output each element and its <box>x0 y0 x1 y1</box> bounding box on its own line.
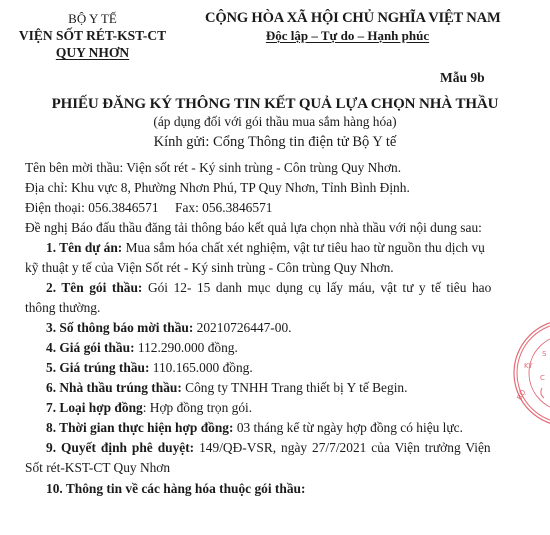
item-value: Mua sắm hóa chất xét nghiệm, vật tư tiêu… <box>122 240 485 255</box>
item-value: 110.165.000 đồng. <box>149 360 252 375</box>
issuing-agency-header: BỘ Y TẾ VIỆN SỐT RÉT-KST-CT QUY NHƠN <box>0 10 185 61</box>
item-winning-contractor: 6. Nhà thầu trúng thầu: Công ty TNHH Tra… <box>46 380 407 396</box>
item-label: 9. Quyết định phê duyệt: <box>46 440 194 455</box>
item-approval-decision: 9. Quyết định phê duyệt: 149/QĐ-VSR, ngà… <box>46 440 491 456</box>
request-line: Đề nghị Báo đấu thầu đăng tải thông báo … <box>25 220 482 236</box>
item-contract-duration: 8. Thời gian thực hiện hợp đồng: 03 thán… <box>46 420 463 436</box>
phone-line: Điện thoại: 056.3846571 <box>25 200 159 216</box>
inviter-line: Tên bên mời thầu: Viện sốt rét - Ký sinh… <box>25 160 401 176</box>
document-subtitle: (áp dụng đối với gói thầu mua sắm hàng h… <box>0 114 550 130</box>
item-label: 1. Tên dự án: <box>46 240 122 255</box>
item-value: 112.290.000 đồng. <box>135 340 238 355</box>
item-goods-info: 10. Thông tin về các hàng hóa thuộc gói … <box>46 481 305 497</box>
item-contract-type: 7. Loại hợp đồng: Hợp đồng trọn gói. <box>46 400 252 416</box>
item-value: Công ty TNHH Trang thiết bị Y tế Begin. <box>182 380 408 395</box>
item-label: 7. Loại hợp đồng <box>46 400 143 415</box>
form-code: Mẫu 9b <box>440 70 485 86</box>
item-label: 4. Giá gói thầu: <box>46 340 135 355</box>
national-header: CỘNG HÒA XÃ HỘI CHỦ NGHĨA VIỆT NAM Độc l… <box>205 9 490 45</box>
stamp-text: KÝ <box>524 361 533 370</box>
item-approval-decision-cont: Sốt rét-KST-CT Quy Nhơn <box>25 460 170 476</box>
item-notice-number: 3. Số thông báo mời thầu: 20210726447-00… <box>46 320 292 336</box>
item-project-name-cont: kỹ thuật y tế của Viện Sốt rét - Ký sinh… <box>25 260 394 276</box>
item-value: 03 tháng kể từ ngày hợp đồng có hiệu lực… <box>233 420 462 435</box>
national-motto: Độc lập – Tự do – Hạnh phúc <box>205 27 490 45</box>
country-name: CỘNG HÒA XÃ HỘI CHỦ NGHĨA VIỆT NAM <box>205 9 490 27</box>
item-value: : Hợp đồng trọn gói. <box>143 400 252 415</box>
ministry-name: BỘ Y TẾ <box>0 10 185 27</box>
stamp-text: C <box>540 374 545 382</box>
salutation: Kính gửi: Cổng Thông tin điện tử Bộ Y tế <box>0 134 550 151</box>
official-stamp: S KÝ C BỘ <box>512 318 550 428</box>
item-package-price: 4. Giá gói thầu: 112.290.000 đồng. <box>46 340 238 356</box>
item-label: 8. Thời gian thực hiện hợp đồng: <box>46 420 233 435</box>
item-value: 149/QĐ-VSR, ngày 27/7/2021 của Viện trưở… <box>194 440 490 455</box>
item-label: 2. Tên gói thầu: <box>46 280 142 295</box>
item-label: 5. Giá trúng thầu: <box>46 360 149 375</box>
item-package-name: 2. Tên gói thầu: Gói 12- 15 danh mục dụn… <box>46 280 491 296</box>
item-winning-price: 5. Giá trúng thầu: 110.165.000 đồng. <box>46 360 253 376</box>
fax-line: Fax: 056.3846571 <box>175 200 272 216</box>
document-title: PHIẾU ĐĂNG KÝ THÔNG TIN KẾT QUẢ LỰA CHỌN… <box>0 96 550 113</box>
item-value: Gói 12- 15 danh mục dụng cụ lấy máu, vật… <box>142 280 491 295</box>
item-package-name-cont: thông thường. <box>25 300 100 316</box>
stamp-text: S <box>542 350 547 358</box>
item-label: 10. Thông tin về các hàng hóa thuộc gói … <box>46 481 305 496</box>
institute-city: QUY NHƠN <box>0 44 185 61</box>
item-value: 20210726447-00. <box>193 320 291 335</box>
institute-name: VIỆN SỐT RÉT-KST-CT <box>0 27 185 44</box>
item-label: 3. Số thông báo mời thầu: <box>46 320 193 335</box>
item-label: 6. Nhà thầu trúng thầu: <box>46 380 182 395</box>
item-project-name: 1. Tên dự án: Mua sắm hóa chất xét nghiệ… <box>46 240 485 256</box>
address-line: Địa chỉ: Khu vực 8, Phường Nhơn Phú, TP … <box>25 180 410 196</box>
